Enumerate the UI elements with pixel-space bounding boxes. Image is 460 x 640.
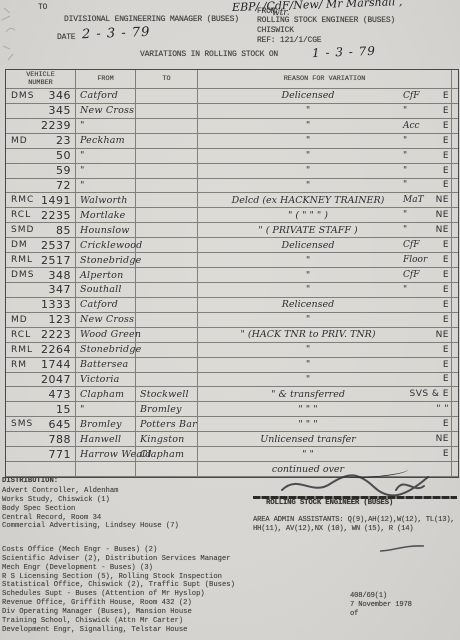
distribution-line: Training School, Chiswick (Attn Mr Carte… [2,617,235,626]
distribution-line: Revenue Office, Griffith House, Room 432… [2,599,235,608]
to-cell [136,283,198,298]
distribution-line: Commercial Advertising, Lindsey House (7… [2,522,179,531]
date-label: DATE [57,33,75,42]
reason-cell: Delcd (ex HACKNEY TRAINER) MaT NE [198,193,452,208]
from-cell: Stonebridge [76,343,136,358]
vehicle-number-cell: DM 2537 [6,238,76,253]
reason-cell: " " E [198,149,452,164]
from-cell: Harrow Weald [76,447,136,462]
status-cell [452,268,458,283]
status-cell [452,179,458,194]
reason-cell: " " E [198,283,452,298]
to-cell [136,89,198,104]
to-cell [136,193,198,208]
col-header-vehicle: VEHICLE NUMBER [6,70,76,89]
date-handwritten: 2 - 3 - 79 [82,25,151,42]
distribution-group-2: Costs Office (Mech Engr - Buses) (2)Scie… [2,546,235,634]
status-cell [452,193,458,208]
from-cell: New Cross [76,313,136,328]
vehicle-number-cell [6,462,76,477]
from-cell: Bromley [76,417,136,432]
reason-cell: Unlicensed transfer NE [198,432,452,447]
vehicle-number-cell: 72 [6,179,76,194]
reason-cell: " " E [198,164,452,179]
status-cell [452,447,458,462]
col-header-to: TO [136,70,198,89]
distribution-line: Development Engr, Signalling, Telstar Ho… [2,626,235,635]
reason-cell: " " E [198,104,452,119]
col-header-from: FROM [76,70,136,89]
from-cell: Battersea [76,358,136,373]
status-cell [452,223,458,238]
reason-cell: Relicensed E [198,298,452,313]
from-cell: Stonebridge [76,253,136,268]
from-cell: " [76,164,136,179]
from-cell: " [76,402,136,417]
reason-cell: " E [198,313,452,328]
reason-cell: " " " " " [198,402,452,417]
distribution-line: Statistical Office, Chiswick (2), Traffi… [2,581,235,590]
to-cell: Stockwell [136,387,198,402]
distribution-title: DISTRIBUTION: [2,477,58,486]
from-location: CHISWICK [257,26,294,35]
to-cell [136,104,198,119]
to-cell: Clapham [136,447,198,462]
distribution-line: Mech Engr (Development - Buses) (3) [2,564,235,573]
to-cell [136,268,198,283]
variations-table: VEHICLE NUMBER FROM TO REASON FOR VARIAT… [5,69,459,478]
reason-cell: " " " E [198,417,452,432]
reason-cell: Delicensed CfF E [198,238,452,253]
pencil-smudge [0,2,30,72]
from-cell: Mortlake [76,208,136,223]
distribution-line: Body Spec Section [2,505,179,514]
status-cell [452,298,458,313]
to-cell [136,358,198,373]
status-cell [452,313,458,328]
reason-cell: " " E [198,447,452,462]
distribution-line: Schedules Supt - Buses (Attention of Mr … [2,590,235,599]
vehicle-number-cell: RMC 1491 [6,193,76,208]
signatory-title: ROLLING STOCK ENGINEER (BUSES) [266,499,393,507]
from-cell: Alperton [76,268,136,283]
status-cell [452,343,458,358]
vehicle-number-cell: SMS 645 [6,417,76,432]
ref-number: REF: 121/1/CGE [257,36,321,45]
from-cell: Catford [76,298,136,313]
status-cell [452,134,458,149]
title-date-handwritten: 1 - 3 - 79 [312,44,376,60]
status-cell [452,104,458,119]
reason-cell: " Acc E [198,119,452,134]
to-cell [136,119,198,134]
vehicle-number-cell: 473 [6,387,76,402]
col-header-status [452,70,458,89]
vehicle-number-cell: RCL 2223 [6,328,76,343]
vehicle-number-cell: 771 [6,447,76,462]
status-cell [452,358,458,373]
signature [278,470,448,498]
scanned-page: TO DIVISIONAL ENGINEERING MANAGER (BUSES… [0,0,460,640]
status-cell [452,417,458,432]
from-cell: " [76,119,136,134]
page-title: VARIATIONS IN ROLLING STOCK ON [140,50,278,59]
doc-ref-block: 408/69(1) 7 November 1978 of [350,592,412,619]
from-cell: Wood Green [76,328,136,343]
vehicle-number-cell: RCL 2235 [6,208,76,223]
status-cell [452,119,458,134]
from-cell: New Cross [76,104,136,119]
vehicle-number-cell: MD 123 [6,313,76,328]
vehicle-number-cell: 15 [6,402,76,417]
to-cell [136,298,198,313]
distribution-line: Scientific Adviser (2), Distribution Ser… [2,555,235,564]
to-cell [136,253,198,268]
to-label: TO [38,3,47,12]
from-cell: Hanwell [76,432,136,447]
to-cell: Bromley [136,402,198,417]
col-header-reason: REASON FOR VARIATION [198,70,452,89]
vehicle-number-cell: 347 [6,283,76,298]
vehicle-number-cell: 59 [6,164,76,179]
to-cell [136,328,198,343]
from-cell: Cricklewood [76,238,136,253]
reason-cell: " E [198,358,452,373]
reason-cell: " ( PRIVATE STAFF ) " NE [198,223,452,238]
status-cell [452,149,458,164]
status-cell [452,164,458,179]
reason-cell: " E [198,343,452,358]
routing-annotation-2: wtr. [272,8,290,19]
to-cell [136,179,198,194]
from-cell: " [76,149,136,164]
vehicle-number-cell: RML 2517 [6,253,76,268]
vehicle-number-cell: 345 [6,104,76,119]
status-cell [452,328,458,343]
admin-assistants: AREA ADMIN ASSISTANTS: Q(9),AH(12),W(12)… [253,516,455,534]
to-cell [136,373,198,388]
to-cell [136,149,198,164]
from-cell: Clapham [76,387,136,402]
vehicle-number-cell: 50 [6,149,76,164]
from-cell: " [76,179,136,194]
distribution-line: Advert Controller, Aldenham [2,487,179,496]
from-cell: Hounslow [76,223,136,238]
doc-date: 7 November 1978 [350,601,412,610]
vehicle-number-cell: RML 2264 [6,343,76,358]
reason-cell: Delicensed CfF E [198,89,452,104]
from-cell: Peckham [76,134,136,149]
status-cell [452,432,458,447]
to-cell [136,208,198,223]
status-cell [452,238,458,253]
vehicle-number-cell: DMS 346 [6,89,76,104]
vehicle-number-cell: SMD 85 [6,223,76,238]
vehicle-number-cell: 1333 [6,298,76,313]
from-cell: Walworth [76,193,136,208]
to-cell [136,223,198,238]
vehicle-number-cell: MD 23 [6,134,76,149]
reason-cell: " " E [198,134,452,149]
vehicle-number-cell: 2239 [6,119,76,134]
small-scribble [378,543,428,553]
to-cell [136,164,198,179]
from-cell: Victoria [76,373,136,388]
distribution-title-wrap: DISTRIBUTION: [2,477,58,486]
reason-cell: " E [198,373,452,388]
distribution-line: Costs Office (Mech Engr - Buses) (2) [2,546,235,555]
from-cell: Catford [76,89,136,104]
reason-cell: " CfF E [198,268,452,283]
from-cell [76,462,136,477]
distribution-line: Works Study, Chiswick (1) [2,496,179,505]
doc-ref: 408/69(1) [350,592,412,601]
to-value: DIVISIONAL ENGINEERING MANAGER (BUSES) [64,15,239,24]
distribution-group-1: Advert Controller, AldenhamWorks Study, … [2,487,179,531]
status-cell [452,373,458,388]
vehicle-number-cell: DMS 348 [6,268,76,283]
reason-cell: " " E [198,179,452,194]
status-cell [452,387,458,402]
page-of: of [350,610,412,619]
to-cell [136,238,198,253]
reason-cell: " (HACK TNR to PRIV. TNR) NE [198,328,452,343]
vehicle-number-cell: 2047 [6,373,76,388]
to-cell: Potters Bar [136,417,198,432]
to-cell: Kingston [136,432,198,447]
to-cell [136,462,198,477]
to-cell [136,134,198,149]
distribution-line: Div Operating Manager (Buses), Mansion H… [2,608,235,617]
status-cell [452,253,458,268]
reason-cell: " ( " " " ) " NE [198,208,452,223]
status-cell [452,283,458,298]
routing-annotation: EBP/ /CdF/New/ Mr Marshall , [232,0,403,14]
status-cell [452,89,458,104]
to-cell [136,313,198,328]
reason-cell: " & transferred SVS & E [198,387,452,402]
from-cell: Southall [76,283,136,298]
reason-cell: " Floor E [198,253,452,268]
status-cell [452,462,458,477]
vehicle-number-cell: 788 [6,432,76,447]
vehicle-number-cell: RM 1744 [6,358,76,373]
status-cell [452,402,458,417]
to-cell [136,343,198,358]
status-cell [452,208,458,223]
